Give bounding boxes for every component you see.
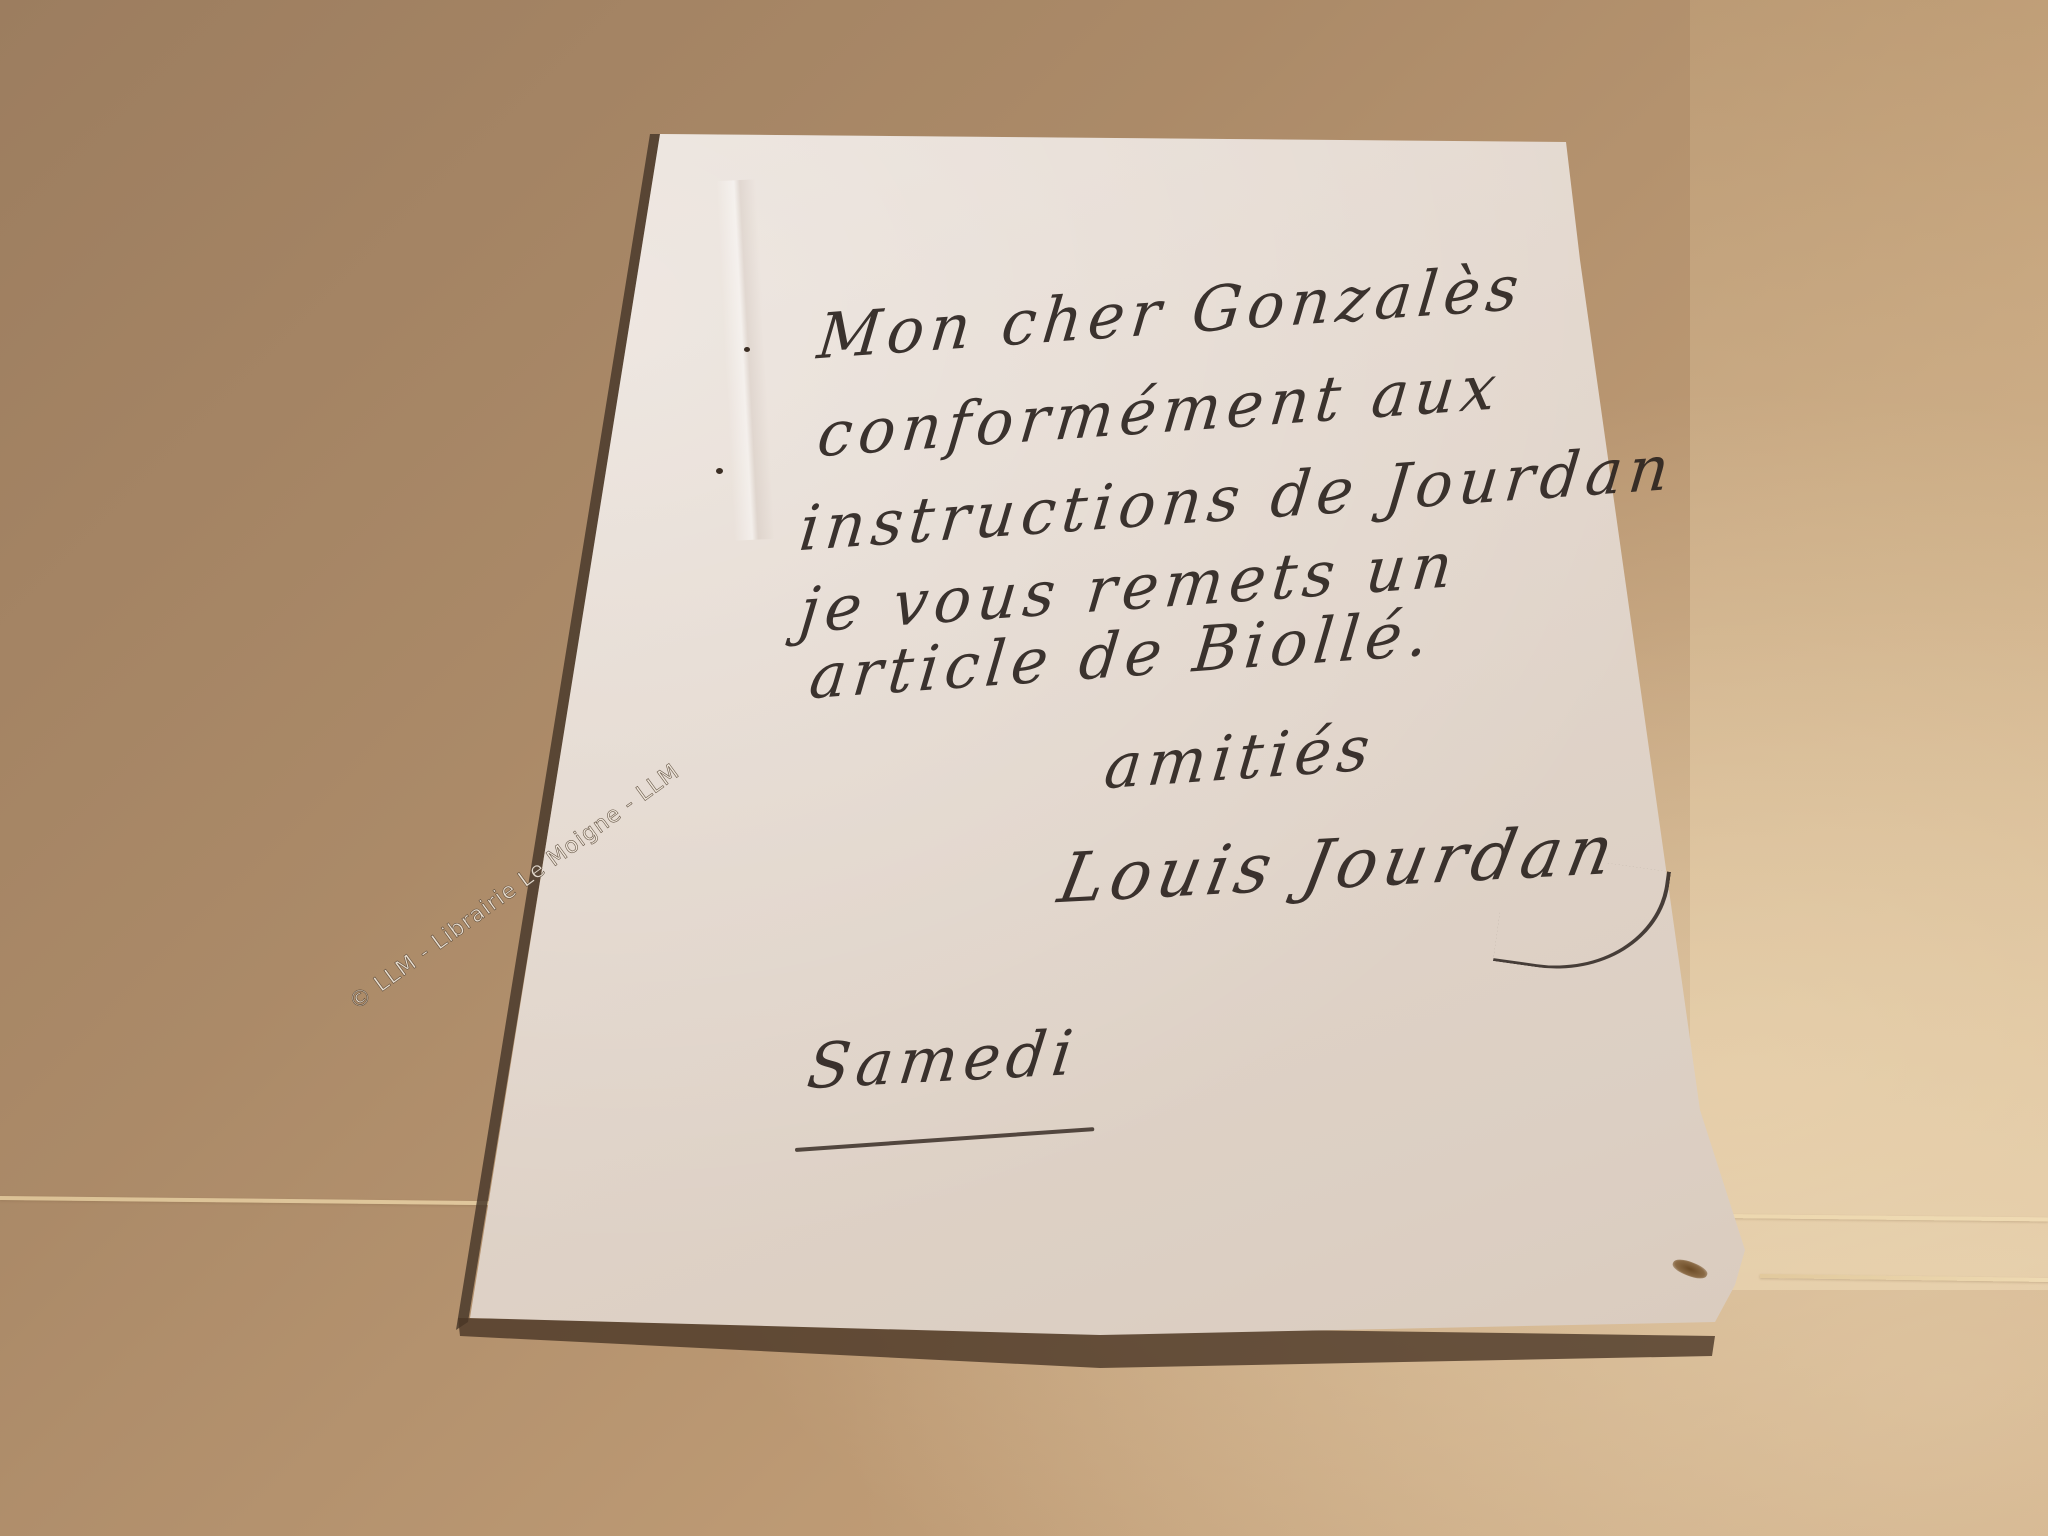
envelope-background [1690, 0, 2048, 1290]
letter-date: Samedi [803, 1016, 1082, 1104]
envelope-fold-line-right [1760, 1274, 2048, 1282]
letter-paper [0, 0, 2048, 1536]
pin-hole [716, 468, 723, 474]
pin-hole [744, 347, 750, 352]
